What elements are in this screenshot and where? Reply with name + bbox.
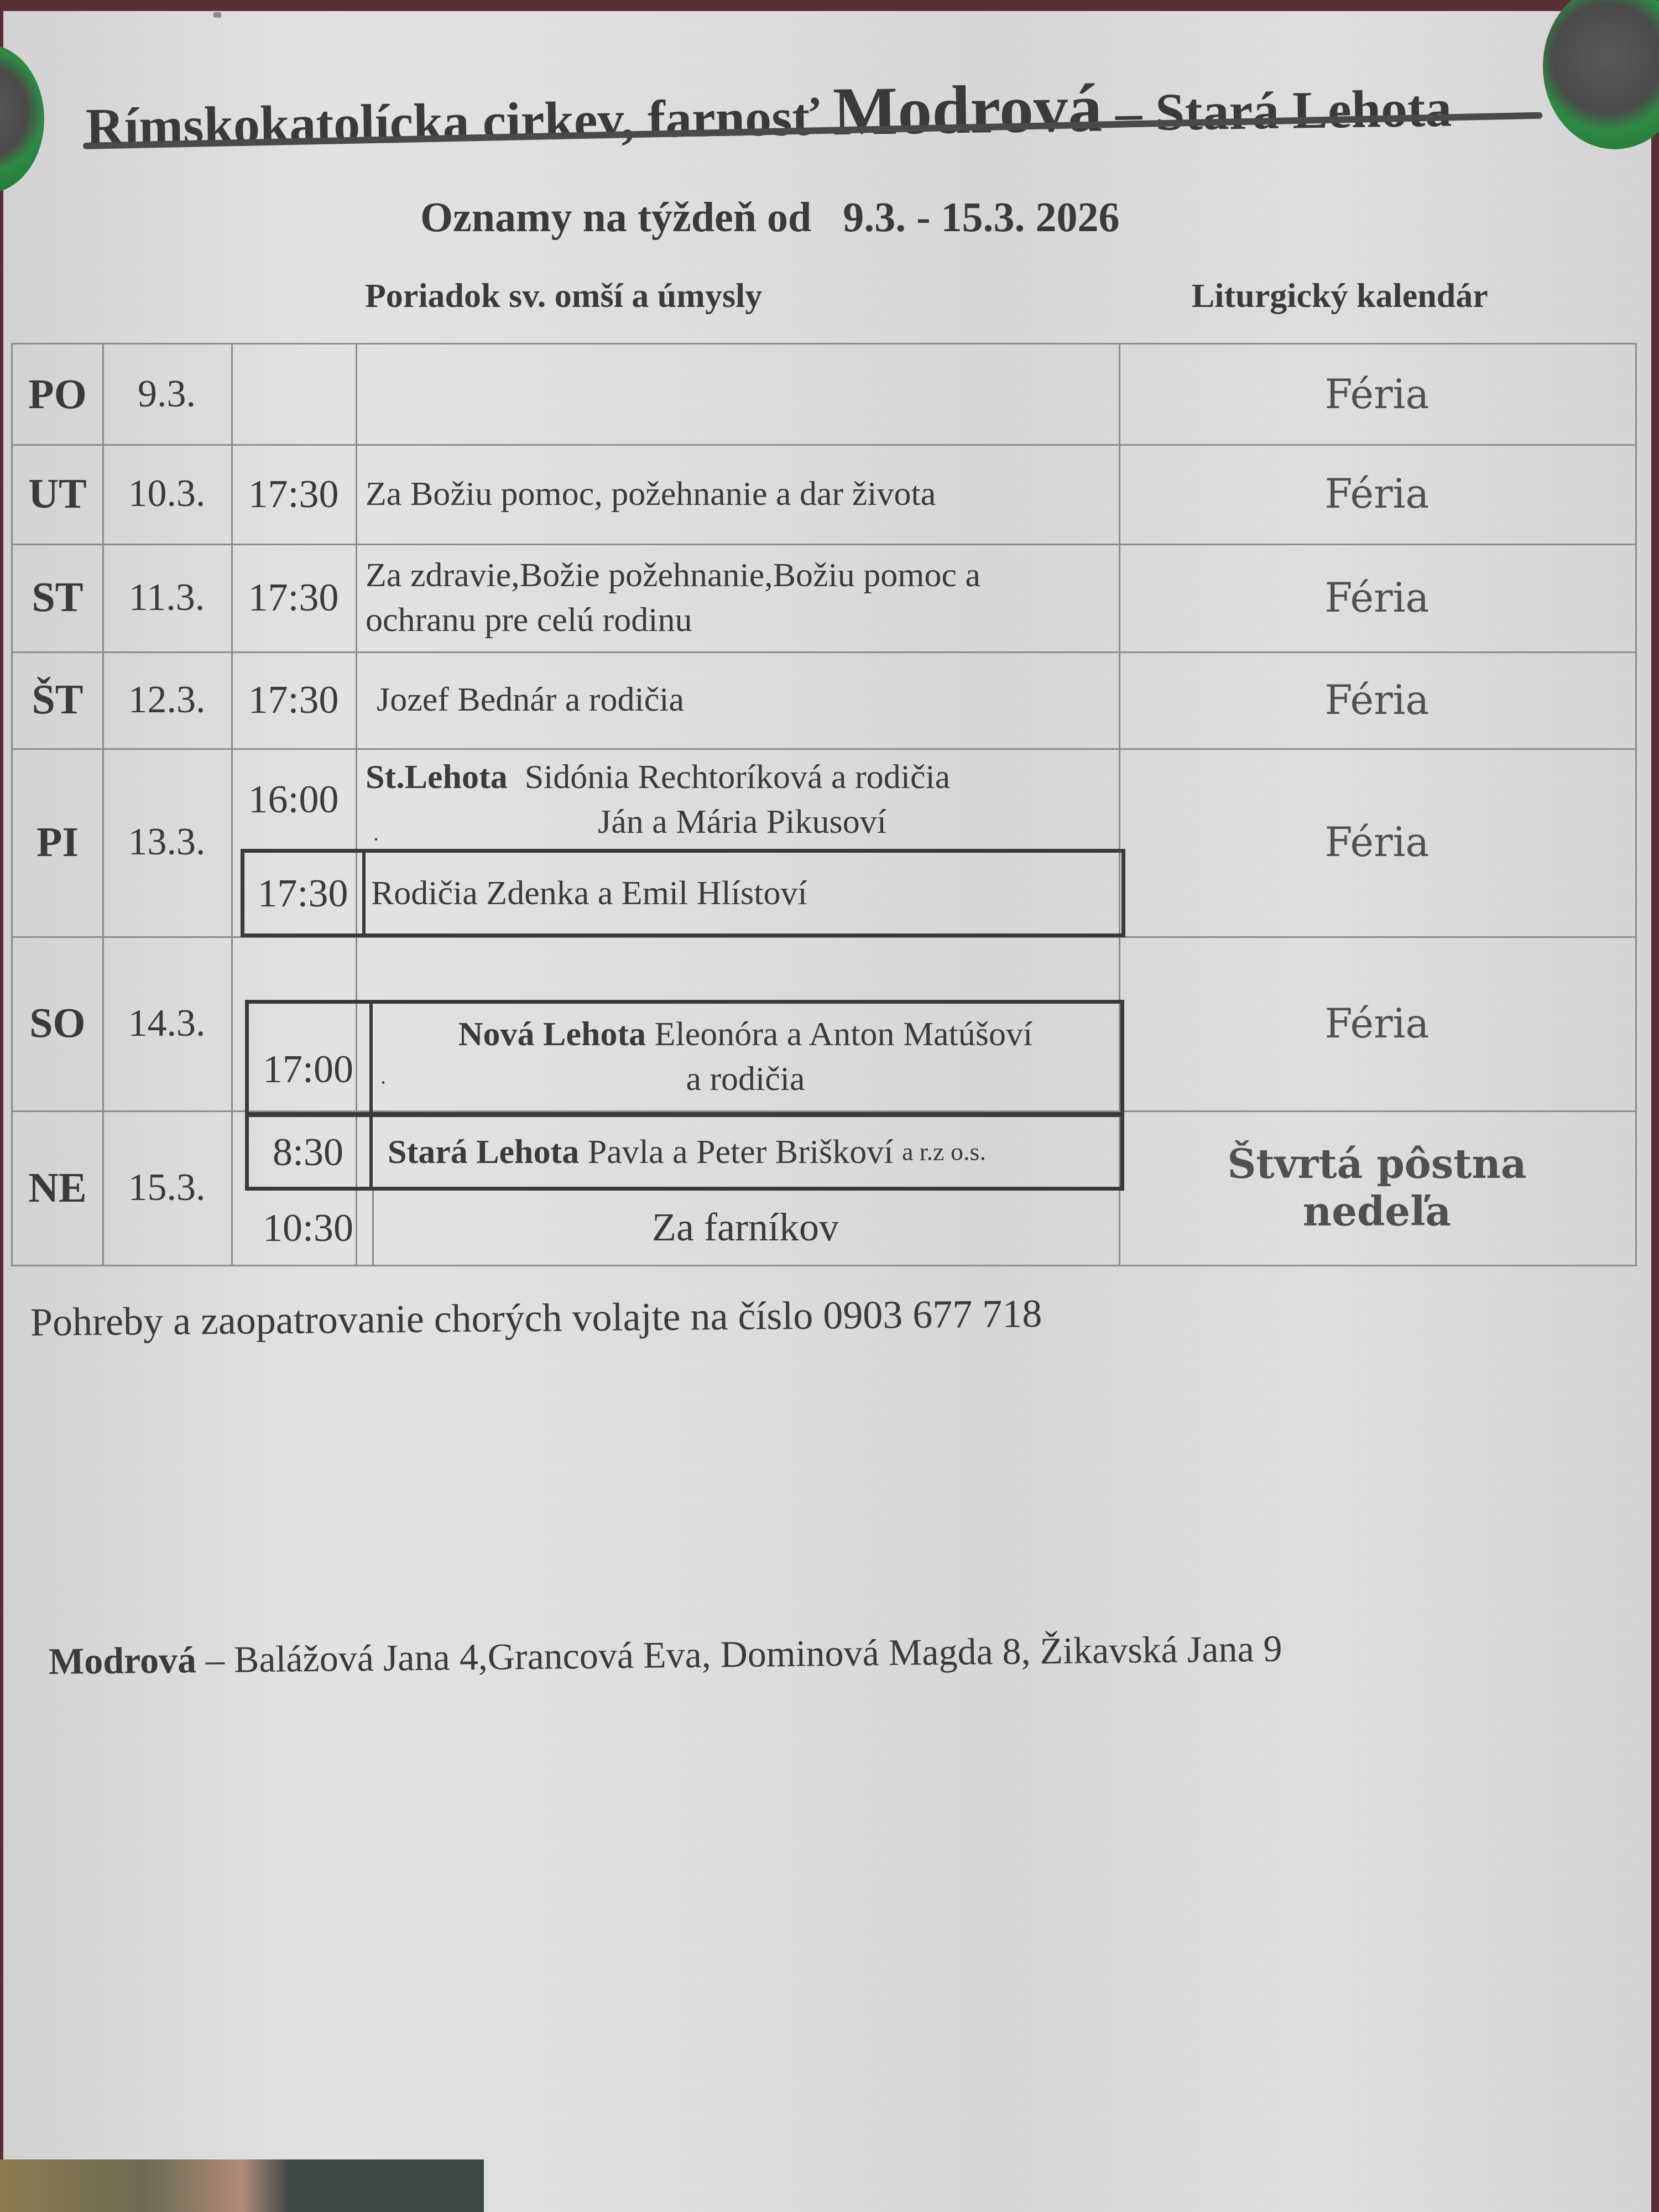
calendar-ut: Féria: [1119, 444, 1635, 544]
intention-line: St.Lehota Sidónia Rechtoríková a rodičia: [366, 755, 1119, 800]
intention-line: a rodičia: [686, 1057, 805, 1102]
day-sht: ŠT: [13, 651, 102, 748]
calendar-sht: Féria: [1119, 651, 1635, 748]
intention-sht: Jozef Bednár a rodičia: [356, 651, 1119, 748]
calendar-st: Féria: [1119, 544, 1635, 651]
calendar-po: Féria: [1119, 345, 1635, 444]
time-ne-1: 8:30: [245, 1116, 371, 1188]
day-so: SO: [13, 936, 102, 1110]
calendar-column-header: Liturgický kalendár: [1192, 276, 1488, 316]
time-so: 17:00: [245, 1003, 371, 1113]
intention-line: Ján a Mária Pikusoví: [366, 800, 1119, 844]
time-st: 17:30: [231, 544, 356, 651]
day-pi: PI: [13, 748, 102, 936]
intention-pi-2: Rodičia Zdenka a Emil Hlístoví: [367, 851, 1119, 936]
date-ne: 15.3.: [102, 1110, 231, 1265]
location-label: Nová Lehota: [458, 1015, 646, 1053]
intention-line: Nová Lehota Eleonóra a Anton Matúšoví: [458, 1012, 1032, 1057]
time-pi-1: 16:00: [231, 748, 356, 851]
date-so: 14.3.: [102, 936, 231, 1110]
location-label: Stará Lehota: [388, 1130, 579, 1175]
calendar-line: nedeľa: [1303, 1188, 1451, 1235]
day-ne: NE: [13, 1110, 102, 1265]
foreground-object: [0, 2159, 484, 2212]
intention-line: ochranu pre celú rodinu: [366, 598, 692, 643]
title-text-big: Modrová: [832, 70, 1103, 149]
intention-ut: Za Božiu pomoc, požehnanie a dar života: [356, 444, 1119, 544]
time-pi-2: 17:30: [241, 851, 365, 936]
time-sht: 17:30: [231, 651, 356, 748]
date-sht: 12.3.: [102, 651, 231, 748]
intention-pi-1: St.Lehota Sidónia Rechtoríková a rodičia…: [356, 748, 1119, 851]
date-po: 9.3.: [102, 345, 231, 444]
calendar-so: Féria: [1119, 936, 1635, 1110]
time-ne-2: 10:30: [245, 1191, 371, 1265]
calendar-pi: Féria: [1119, 748, 1635, 936]
location-label: St.Lehota: [366, 758, 508, 796]
intention-so: Nová Lehota Eleonóra a Anton Matúšoví a …: [372, 1003, 1119, 1110]
intention-line: Za zdravie,Božie požehnanie,Božiu pomoc …: [366, 553, 980, 598]
title-text-2: – Stará Lehota: [1102, 79, 1452, 143]
date-ut: 10.3.: [102, 444, 231, 544]
intention-ne-1: Stará Lehota Pavla a Peter Briškoví a r.…: [372, 1116, 1119, 1188]
pin: [213, 12, 221, 18]
schedule-table: PO 9.3. Féria UT 10.3. 17:30 Za Božiu po…: [11, 343, 1637, 1266]
intention-note: a r.z o.s.: [902, 1135, 986, 1168]
day-ut: UT: [13, 444, 102, 544]
intention-text: Pavla a Peter Briškoví: [588, 1130, 894, 1175]
funeral-contact-note: Pohreby a zaopatrovanie chorých volajte …: [30, 1291, 1042, 1345]
dot-mark: .: [373, 820, 379, 846]
dot-mark: .: [380, 1063, 386, 1089]
week-subtitle: Oznamy na týždeň od 9.3. - 15.3. 2026: [420, 194, 1120, 242]
date-st: 11.3.: [102, 544, 231, 651]
time-ut: 17:30: [231, 444, 356, 544]
calendar-ne: Štvrtá pôstna nedeľa: [1119, 1110, 1635, 1265]
date-pi: 13.3.: [102, 748, 231, 936]
masses-column-header: Poriadok sv. omší a úmysly: [365, 276, 762, 316]
day-po: PO: [13, 345, 102, 444]
cleaning-label: Modrová: [49, 1639, 197, 1682]
intention-st: Za zdravie,Božie požehnanie,Božiu pomoc …: [356, 544, 1119, 651]
calendar-line: Štvrtá pôstna: [1227, 1140, 1526, 1188]
intention-text: Sidónia Rechtoríková a rodičia: [525, 758, 951, 796]
day-st: ST: [13, 544, 102, 651]
intention-ne-2: Za farníkov: [372, 1191, 1119, 1265]
intention-text: Eleonóra a Anton Matúšoví: [655, 1015, 1033, 1053]
